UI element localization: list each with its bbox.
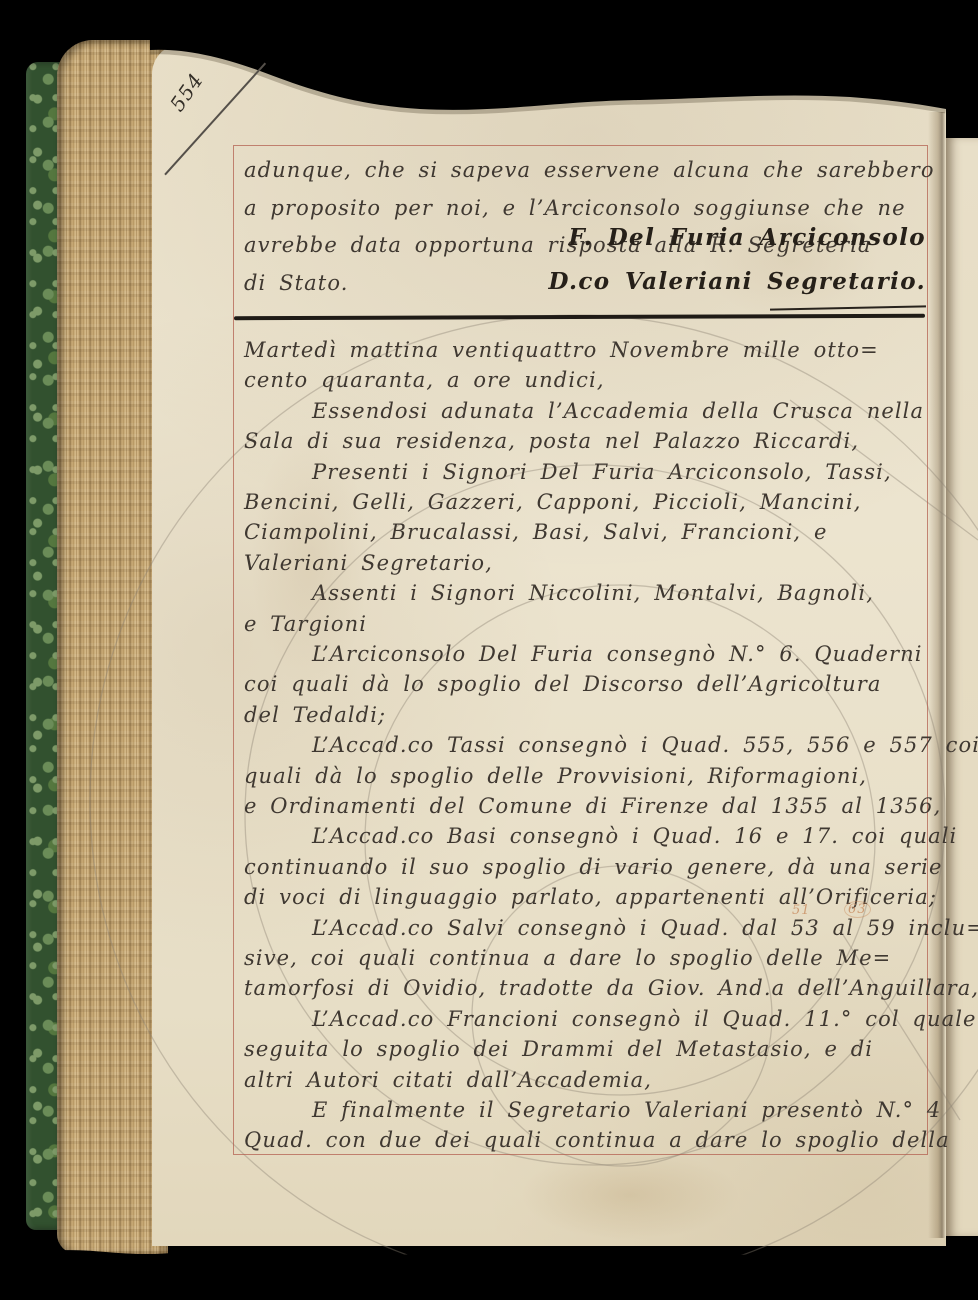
archival-stamp-number: 63 bbox=[844, 901, 871, 918]
manuscript-line: altri Autori citati dall’Accademia, bbox=[244, 1068, 652, 1092]
manuscript-line: seguita lo spoglio dei Drammi del Metast… bbox=[244, 1037, 873, 1061]
manuscript-line: Presenti i Signori Del Furia Arciconsolo… bbox=[312, 460, 892, 484]
manuscript-line: L’Accad.co Basi consegnò i Quad. 16 e 17… bbox=[312, 824, 957, 848]
manuscript-line: L’Arciconsolo Del Furia consegnò N.° 6. … bbox=[312, 642, 923, 666]
page-gutter-crease bbox=[928, 112, 946, 1238]
manuscript-line: Ciampolini, Brucalassi, Basi, Salvi, Fra… bbox=[244, 520, 828, 544]
bottom-deckle-edge bbox=[30, 1245, 978, 1300]
manuscript-line: di Stato. bbox=[244, 271, 348, 295]
manuscript-line: Sala di sua residenza, posta nel Palazzo… bbox=[244, 429, 859, 453]
manuscript-line: L’Accad.co Francioni consegnò il Quad. 1… bbox=[312, 1007, 977, 1031]
manuscript-line: Valeriani Segretario, bbox=[244, 551, 493, 575]
manuscript-line: coi quali dà lo spoglio del Discorso del… bbox=[244, 672, 882, 696]
manuscript-line: sive, coi quali continua a dare lo spogl… bbox=[244, 946, 891, 970]
manuscript-line: e Ordinamenti del Comune di Firenze dal … bbox=[244, 794, 941, 818]
manuscript-line: Bencini, Gelli, Gazzeri, Capponi, Piccio… bbox=[244, 490, 861, 514]
manuscript-line: continuando il suo spoglio di vario gene… bbox=[244, 855, 943, 879]
signature-arciconsolo: F. Del Furia Arciconsolo bbox=[568, 224, 926, 251]
manuscript-line: Essendosi adunata l’Accademia della Crus… bbox=[312, 399, 924, 423]
manuscript-line: Quad. con due dei quali continua a dare … bbox=[244, 1128, 950, 1152]
manuscript-line: quali dà lo spoglio delle Provvisioni, R… bbox=[244, 764, 867, 788]
manuscript-line: di voci di linguaggio parlato, appartene… bbox=[244, 885, 937, 909]
manuscript-line: tamorfosi di Ovidio, tradotte da Giov. A… bbox=[244, 976, 978, 1000]
manuscript-line: L’Accad.co Salvi consegnò i Quad. dal 53… bbox=[312, 916, 978, 940]
underlying-page-edge bbox=[946, 138, 978, 1236]
manuscript-line: E finalmente il Segretario Valeriani pre… bbox=[312, 1098, 941, 1122]
archival-stamp-number: 51 bbox=[792, 903, 811, 918]
manuscript-line: adunque, che si sapeva esservene alcuna … bbox=[244, 158, 935, 182]
manuscript-line: e Targioni bbox=[244, 612, 367, 636]
manuscript-line: Martedì mattina ventiquattro Novembre mi… bbox=[244, 338, 879, 362]
signature-segretario: D.co Valeriani Segretario. bbox=[548, 268, 926, 295]
manuscript-line: cento quaranta, a ore undici, bbox=[244, 368, 605, 392]
manuscript-line: Assenti i Signori Niccolini, Montalvi, B… bbox=[312, 581, 874, 605]
manuscript-line: a proposito per noi, e l’Arciconsolo sog… bbox=[244, 196, 906, 220]
manuscript-line: del Tedaldi; bbox=[244, 703, 386, 727]
scanned-manuscript-page: 554 adunque, che si sapeva esservene alc… bbox=[0, 0, 978, 1300]
manuscript-line: L’Accad.co Tassi consegnò i Quad. 555, 5… bbox=[312, 733, 978, 757]
